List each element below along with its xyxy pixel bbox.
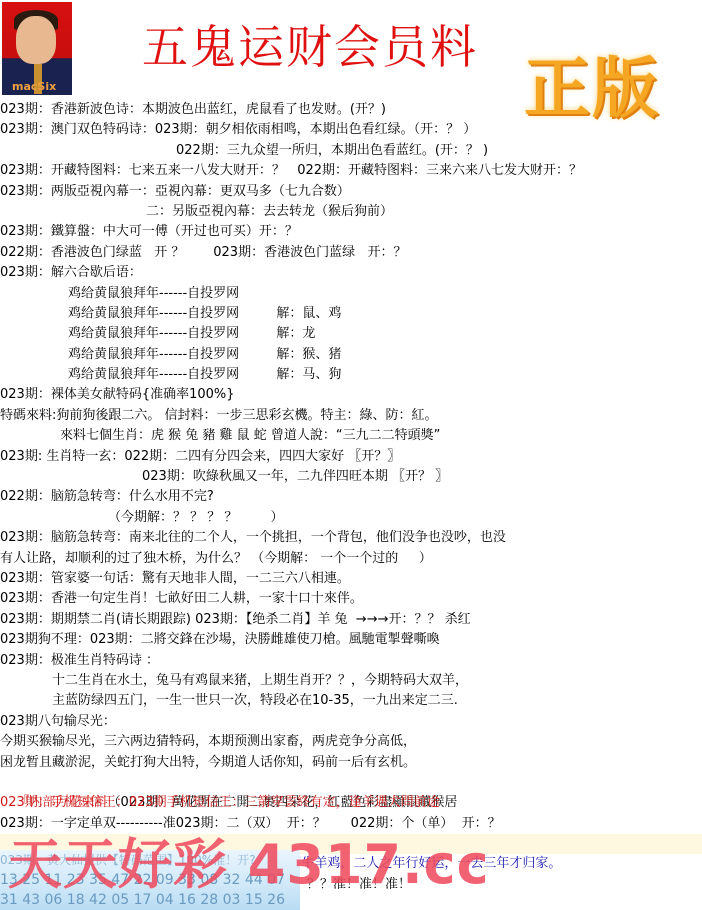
text-line: 鸡给黄鼠狼拜年------自投罗网 [0, 284, 702, 304]
text-line: 主蓝防绿四五门，一生一世只一次，特段必在10-35，一九出来定二三. [0, 691, 702, 711]
portrait-logo: macSix [2, 2, 72, 95]
text-line: 022期：香港波色门绿蓝 开 ？ 023期：香港波色门蓝绿 开：？ [0, 243, 702, 263]
text-line: 023期：两版亞視內幕一：亞視內幕：更双马多（七九合数） [0, 182, 702, 202]
text-line: 023期：开藏特图料：七来五来一八发大财开：？ 022期：开藏特图料：三来六来八… [0, 161, 702, 181]
text-line: 022期：脑筋急转弯：什么水用不完? [0, 487, 702, 507]
portrait-face [16, 16, 56, 64]
text-line: 023期：解六合歇后语： [0, 263, 702, 283]
text-line: 023期狗不理：023期：二將交鋒在沙場，決勝雌雄使刀槍。風馳電掣聲嘶喚 [0, 630, 702, 650]
text-line: 來料七個生肖：虎 猴 兔 豬 雞 鼠 蛇 曾道人說：“三九二二特頭獎” [0, 426, 702, 446]
text-line: 今期买猴输尽光，三六两边猜特码，本期预测出家畜，两虎竞争分高低， [0, 732, 702, 752]
text-line: 困龙暂且藏淤泥，关蛇打狗大出特，今期道人话你知，码前一后有玄机。 [0, 753, 702, 773]
text-line: 023期：吹綠秋風又一年，二九伴四旺本期 〖开？ 〗 [0, 467, 702, 487]
text-line: 鸡给黄鼠狼拜年------自投罗网 解：猴、猪 [0, 345, 702, 365]
text-line: 鸡给黄鼠狼拜年------自投罗网 解：马、狗 [0, 365, 702, 385]
text-line: 023期：裸体美女献特码{准确率100%} [0, 385, 702, 405]
content-body: 023期：香港新波色诗：本期波色出蓝红，虎鼠看了也发财。(开？) 023期：澳门… [0, 100, 702, 875]
text-line: 022期：三九众望一所归，本期出色看蓝红。(开：？ ) [0, 141, 702, 161]
text-line: 023期：香港新波色诗：本期波色出蓝红，虎鼠看了也发财。(开？) [0, 100, 702, 120]
text-line: 特碼來料:狗前狗後跟二六。 信封料：一步三思彩玄機。特主：綠、防：紅。 [0, 406, 702, 426]
sms-line: 023期：手机短信王：023期手机短信王：三箭穿雲終有定，逢羊遇犬問前途 [0, 793, 702, 813]
site-watermark: 天天好彩 4317.cc [8, 838, 490, 892]
text-line: 鸡给黄鼠狼拜年------自投罗网 解：龙 [0, 324, 702, 344]
text-line: 十二生肖在水土，兔马有鸡鼠来猪，上期生肖开？？，今期特码大双羊， [0, 671, 702, 691]
text-line: 023期：澳门双色特码诗：023期：朝夕相依雨相鸣，本期出色看红绿。（开：？ ） [0, 120, 702, 140]
text-line: 023期: 生肖特一玄：022期：二四有分四会来，四四大家好 〖开？〗 [0, 447, 702, 467]
text-line: 023期：脑筋急转弯：南来北往的二个人，一个挑担，一个背包，他们没争也没吵，也没 [0, 528, 702, 548]
page-title: 五鬼运财会员料 [142, 24, 478, 70]
text-line: 023期八句输尽光： [0, 712, 702, 732]
text-line: 023期：期期禁二肖(请长期跟踪) 023期：【绝杀二肖】羊 兔 →→→开：？？… [0, 610, 702, 630]
wanhua-line: 『内部万花来料（023期）萬花開在二開二裹四朵花，紅藍色彩盡顯鼠藏猴居 [0, 773, 702, 793]
text-line: 023期：极准生肖特码诗 ： [0, 651, 702, 671]
text-line: 023期：管家婆一句话：驚有天地非人間，一二三六八相連。 [0, 569, 702, 589]
text-line: 二：另版亞視內幕：去去转龙（猴后狗前） [0, 202, 702, 222]
single-double-line: 023期：一字定单双----------准023期：二（双） 开：？ 022期：… [0, 814, 702, 834]
logo-mark: macSix [12, 80, 56, 93]
text-line: 鸡给黄鼠狼拜年------自投罗网 解：鼠、鸡 [0, 304, 702, 324]
text-line: 023期：香港一句定生肖！七畝好田二人耕，一家十口十來伴。 [0, 589, 702, 609]
page-header: macSix 五鬼运财会员料 正版 [0, 0, 702, 100]
text-line: （今期解：？ ？ ？ ？ ） [0, 508, 702, 528]
text-line: 有人让路，却顺利的过了独木桥，为什么？ （今期解： 一个一个过的 ） [0, 549, 702, 569]
text-line: 023期：鐵算盤：中大可一傅（开过也可买）开：？ [0, 222, 702, 242]
